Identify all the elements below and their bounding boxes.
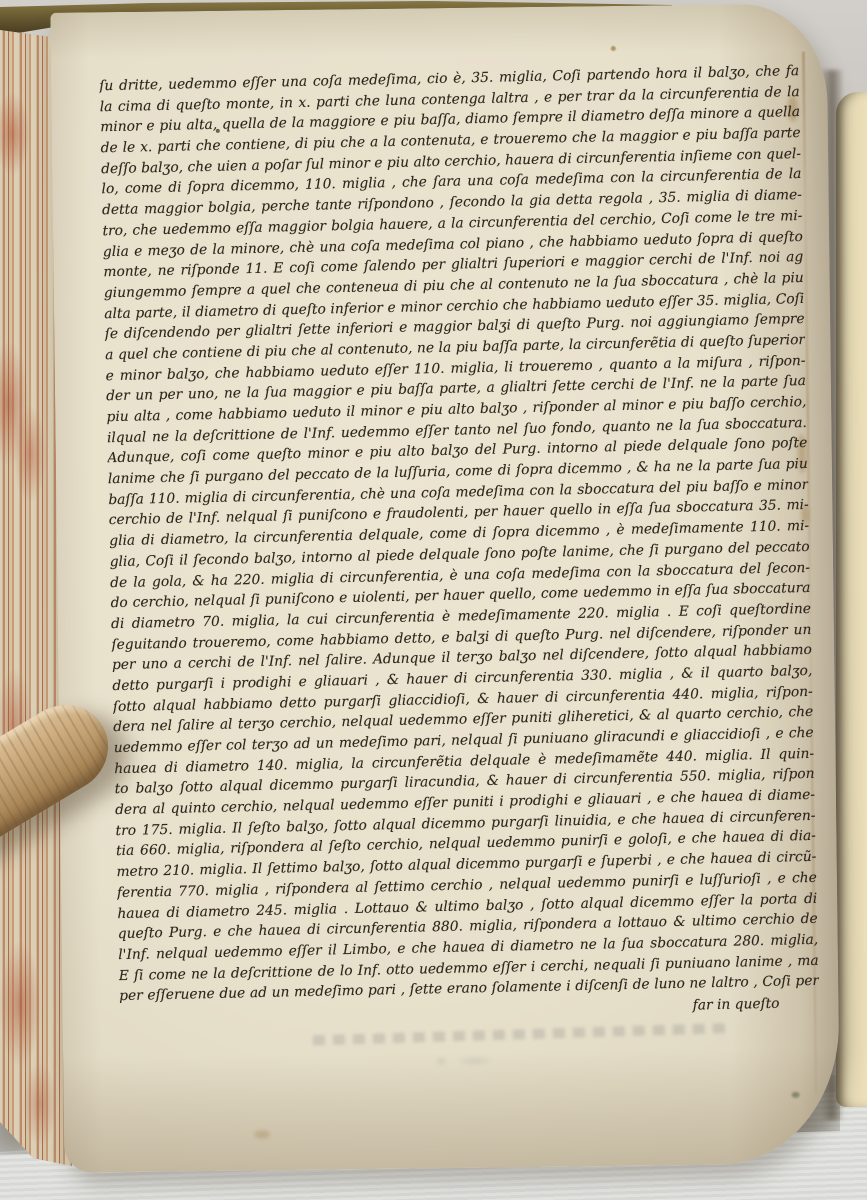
stain-spot [254,1130,270,1138]
show-through-signature-mark [431,1053,497,1068]
stain-spot [611,46,616,51]
stain-spot [792,1092,800,1098]
photo-background: ſu dritte, uedemmo eſſer una coſa medeſi… [0,0,867,1200]
book-page: ſu dritte, uedemmo eſſer una coſa medeſi… [50,3,840,1172]
catchword: far in queſto [692,994,779,1017]
show-through-smudge [313,1023,733,1045]
text-block: ſu dritte, uedemmo eſſer una coſa medeſi… [99,61,819,1007]
